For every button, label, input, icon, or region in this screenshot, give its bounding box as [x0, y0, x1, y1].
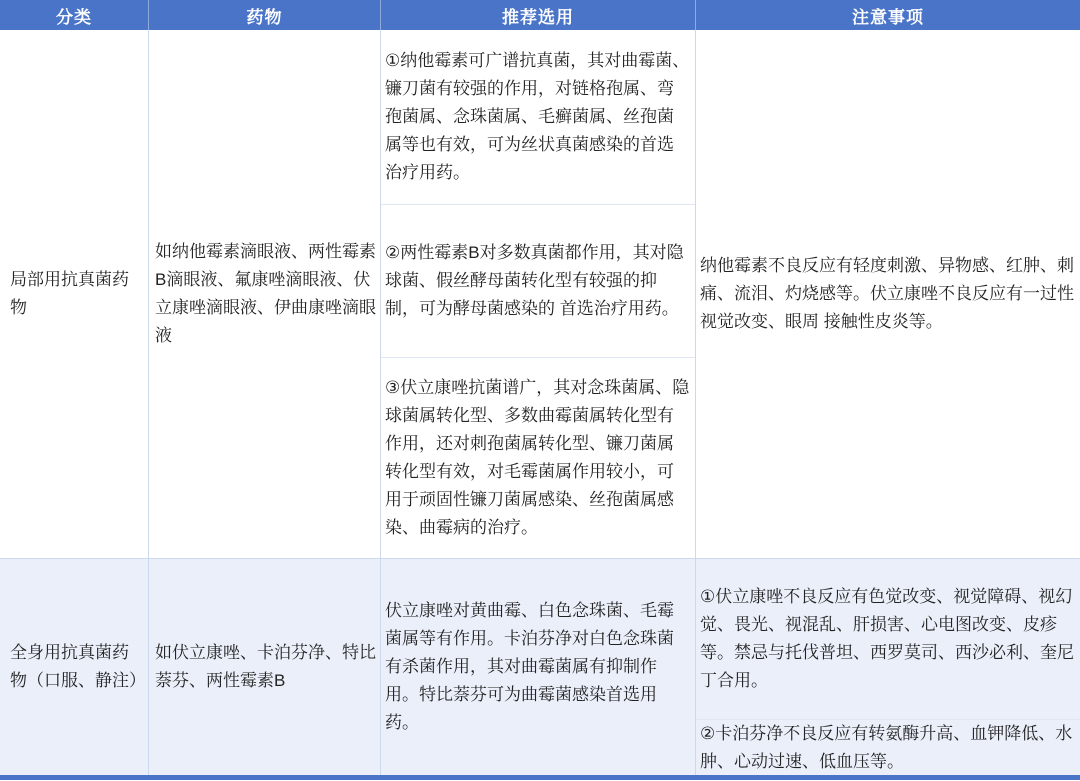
header-cell-recommended: 推荐选用: [380, 0, 695, 30]
cell-precautions-topical: 纳他霉素不良反应有轻度刺激、异物感、红肿、刺痛、流泪、灼烧感等。伏立康唑不良反应…: [695, 30, 1080, 558]
header-cell-precautions: 注意事项: [695, 0, 1080, 30]
antifungal-drugs-table: 分类 药物 推荐选用 注意事项 局部用抗真菌药物 如纳他霉素滴眼液、两性霉素B滴…: [0, 0, 1080, 781]
cell-category-topical: 局部用抗真菌药物: [0, 30, 148, 558]
cell-drugs-systemic: 如伏立康唑、卡泊芬净、特比萘芬、两性霉素B: [148, 559, 380, 775]
cell-drugs-topical: 如纳他霉素滴眼液、两性霉素B滴眼液、氟康唑滴眼液、伏立康唑滴眼液、伊曲康唑滴眼液: [148, 30, 380, 558]
header-cell-category: 分类: [0, 0, 148, 30]
table-row-topical: 局部用抗真菌药物 如纳他霉素滴眼液、两性霉素B滴眼液、氟康唑滴眼液、伏立康唑滴眼…: [0, 30, 1080, 558]
cell-recommended-systemic: 伏立康唑对黄曲霉、白色念珠菌、毛霉菌属等有作用。卡泊芬净对白色念珠菌有杀菌作用，…: [380, 559, 695, 775]
recommended-item-3: ③伏立康唑抗菌谱广，其对念珠菌属、隐球菌属转化型、多数曲霉菌属转化型有作用，还对…: [381, 357, 695, 558]
cell-recommended-topical: ①纳他霉素可广谱抗真菌，其对曲霉菌、镰刀菌有较强的作用，对链格孢属、弯孢菌属、念…: [380, 30, 695, 558]
table-bottom-border: [0, 775, 1080, 780]
header-cell-drugs: 药物: [148, 0, 380, 30]
cell-category-systemic: 全身用抗真菌药物（口服、静注）: [0, 559, 148, 775]
cell-precautions-systemic: ①伏立康唑不良反应有色觉改变、视觉障碍、视幻觉、畏光、视混乱、肝损害、心电图改变…: [695, 559, 1080, 775]
table-header-row: 分类 药物 推荐选用 注意事项: [0, 0, 1080, 30]
precaution-item-2: ②卡泊芬净不良反应有转氨酶升高、血钾降低、水肿、心动过速、低血压等。: [696, 719, 1080, 775]
precaution-item-1: ①伏立康唑不良反应有色觉改变、视觉障碍、视幻觉、畏光、视混乱、肝损害、心电图改变…: [696, 559, 1080, 719]
recommended-item-2: ②两性霉素B对多数真菌都作用，其对隐球菌、假丝酵母菌转化型有较强的抑制，可为酵母…: [381, 204, 695, 357]
recommended-item-1: ①纳他霉素可广谱抗真菌，其对曲霉菌、镰刀菌有较强的作用，对链格孢属、弯孢菌属、念…: [381, 30, 695, 204]
table-row-systemic: 全身用抗真菌药物（口服、静注） 如伏立康唑、卡泊芬净、特比萘芬、两性霉素B 伏立…: [0, 558, 1080, 775]
